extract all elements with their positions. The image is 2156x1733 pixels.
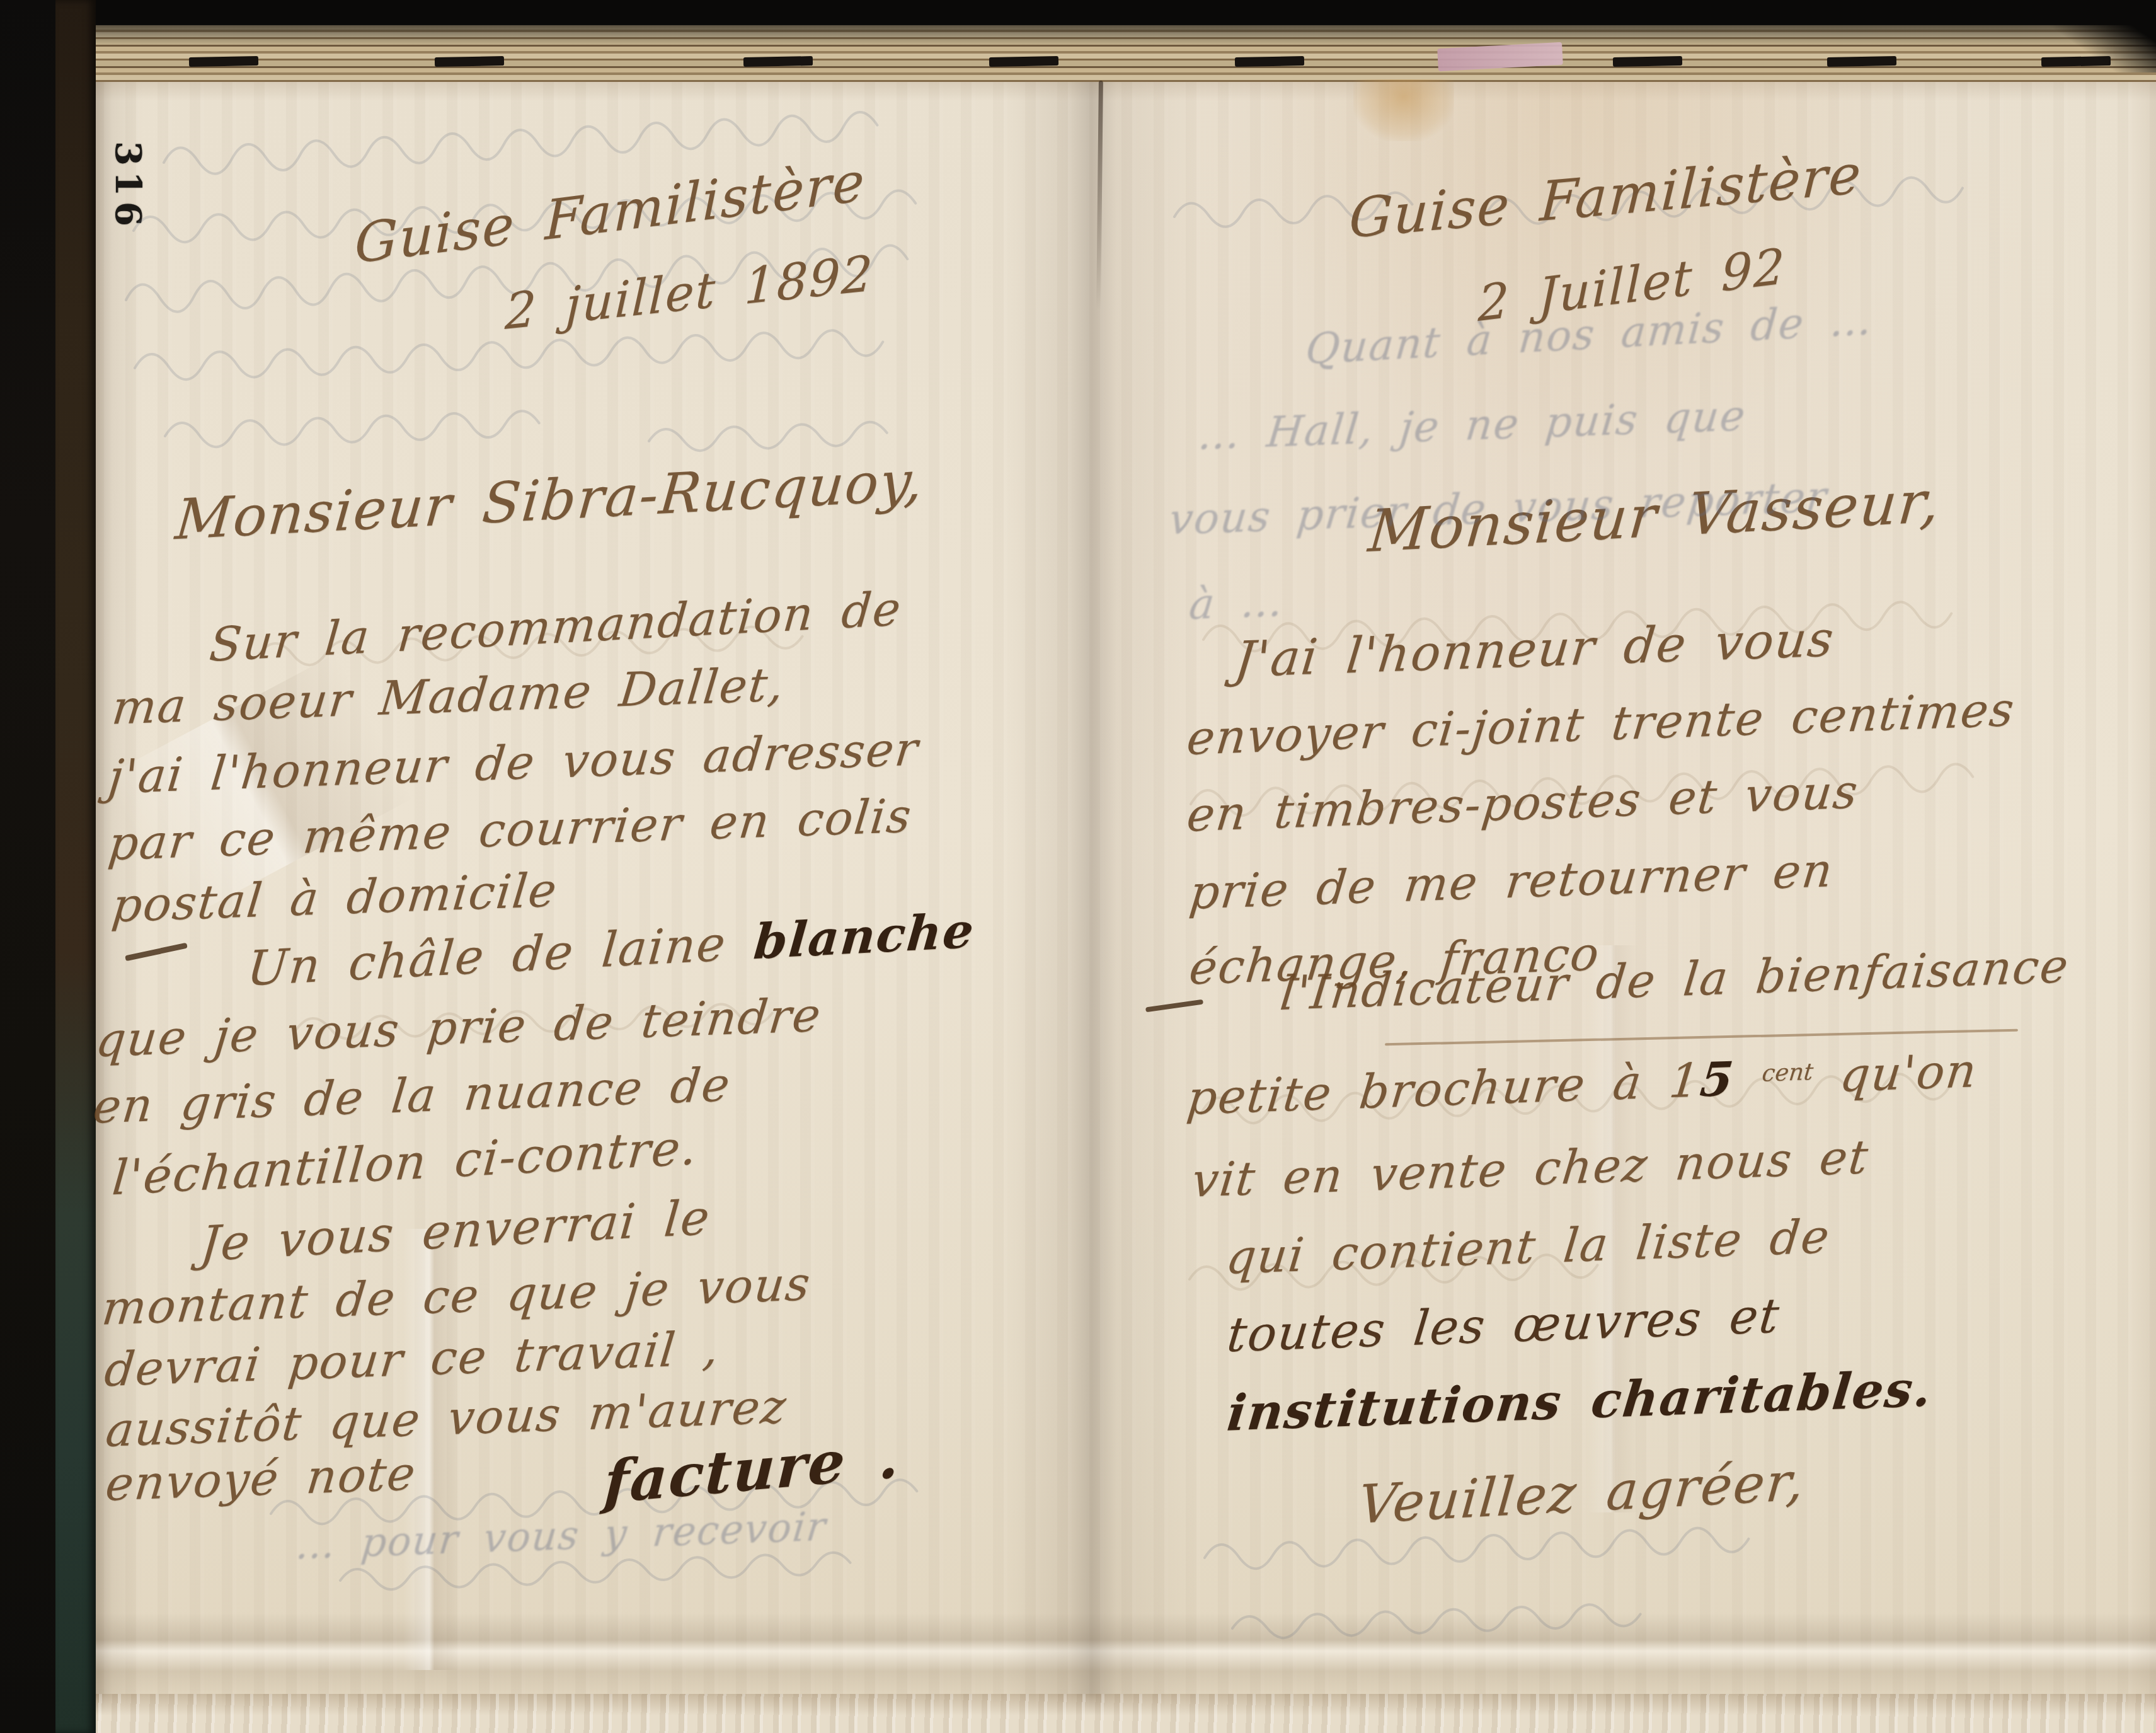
page-number-stamp: 316 bbox=[107, 141, 149, 232]
book-cover-left-edge bbox=[0, 0, 59, 1733]
paper-stain bbox=[1353, 79, 1454, 141]
page-edges-top bbox=[93, 24, 2156, 86]
top-right-shadow bbox=[2011, 0, 2156, 72]
binding-stitch bbox=[189, 56, 258, 67]
bottom-page-edge bbox=[93, 1694, 2156, 1733]
binding-stitch bbox=[1613, 56, 1682, 67]
handwritten-line: envoyé note bbox=[103, 1446, 419, 1512]
emphasized-ink: 5 bbox=[1697, 1052, 1737, 1107]
binding-stitch bbox=[989, 56, 1058, 67]
binding-stitch bbox=[743, 56, 813, 67]
binding-stitch bbox=[1235, 56, 1304, 67]
ghost-line: à … bbox=[1187, 577, 1287, 629]
book-spine-edge bbox=[55, 0, 96, 1733]
emphasized-ink: blanche bbox=[752, 902, 977, 970]
binding-stitch bbox=[1827, 56, 1896, 67]
copybook-photo: 316 Guise Familistère2 juillet 1892Monsi… bbox=[0, 0, 2156, 1733]
emphasized-ink: cent bbox=[1761, 1058, 1815, 1087]
binding-stitch bbox=[435, 56, 504, 67]
